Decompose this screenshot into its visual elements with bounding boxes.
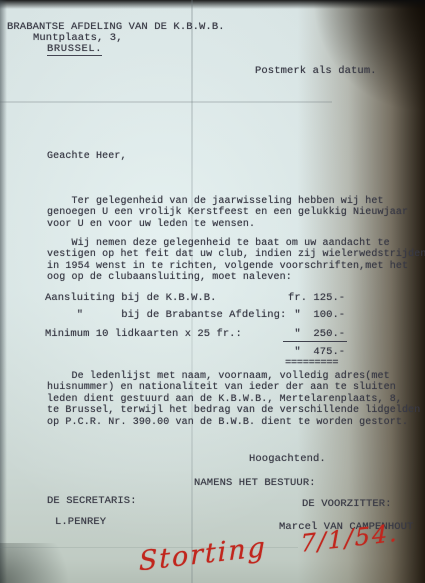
letter-photo: BRABANTSE AFDELING VAN DE K.B.W.B. Muntp…	[0, 0, 425, 583]
paragraph-requirements: Wij nemen deze gelegenheid te baat om uw…	[47, 238, 425, 284]
secretary-name: L.PENREY	[55, 516, 106, 528]
fee-row-label: Minimum 10 lidkaarten x 25 fr.:	[45, 328, 242, 340]
on-behalf-of-board: NAMENS HET BESTUUR:	[194, 477, 316, 489]
top-right-shadow	[275, 0, 425, 110]
horizontal-fold-crease	[0, 101, 332, 103]
letterhead-organization: BRABANTSE AFDELING VAN DE K.B.W.B.	[7, 22, 225, 33]
fee-row-label: Aansluiting bij de K.B.W.B.	[45, 292, 216, 304]
salutation: Geachte Heer,	[47, 151, 127, 162]
total-double-underline: =========	[285, 357, 338, 369]
fee-row-label: " bij de Brabantse Afdeling:	[45, 309, 286, 321]
president-title: DE VOORZITTER:	[302, 498, 392, 510]
subtotal-underline	[283, 341, 347, 342]
postmark-date-note: Postmerk als datum.	[255, 66, 377, 77]
fee-row-amount: fr. 125.-	[288, 292, 345, 304]
secretary-title: DE SECRETARIS:	[47, 495, 137, 507]
handwritten-annotation: Storting 7/1/54.	[139, 516, 408, 578]
valediction: Hoogachtend.	[249, 453, 326, 465]
top-edge-shadow	[0, 0, 425, 9]
paragraph-memberlist: De ledenlijst met naam, voornaam, volled…	[47, 371, 420, 428]
paragraph-greeting: Ter gelegenheid van de jaarwisseling heb…	[47, 196, 408, 230]
bottom-left-shadow	[0, 543, 90, 583]
letterhead-address: Muntplaats, 3,	[33, 33, 123, 44]
fee-row-amount: " 100.-	[288, 309, 345, 321]
left-edge-shadow	[0, 0, 7, 583]
handwritten-word: Storting	[139, 532, 267, 578]
letterhead-city: BRUSSEL.	[47, 44, 102, 56]
fee-row-amount: " 250.-	[288, 328, 345, 340]
